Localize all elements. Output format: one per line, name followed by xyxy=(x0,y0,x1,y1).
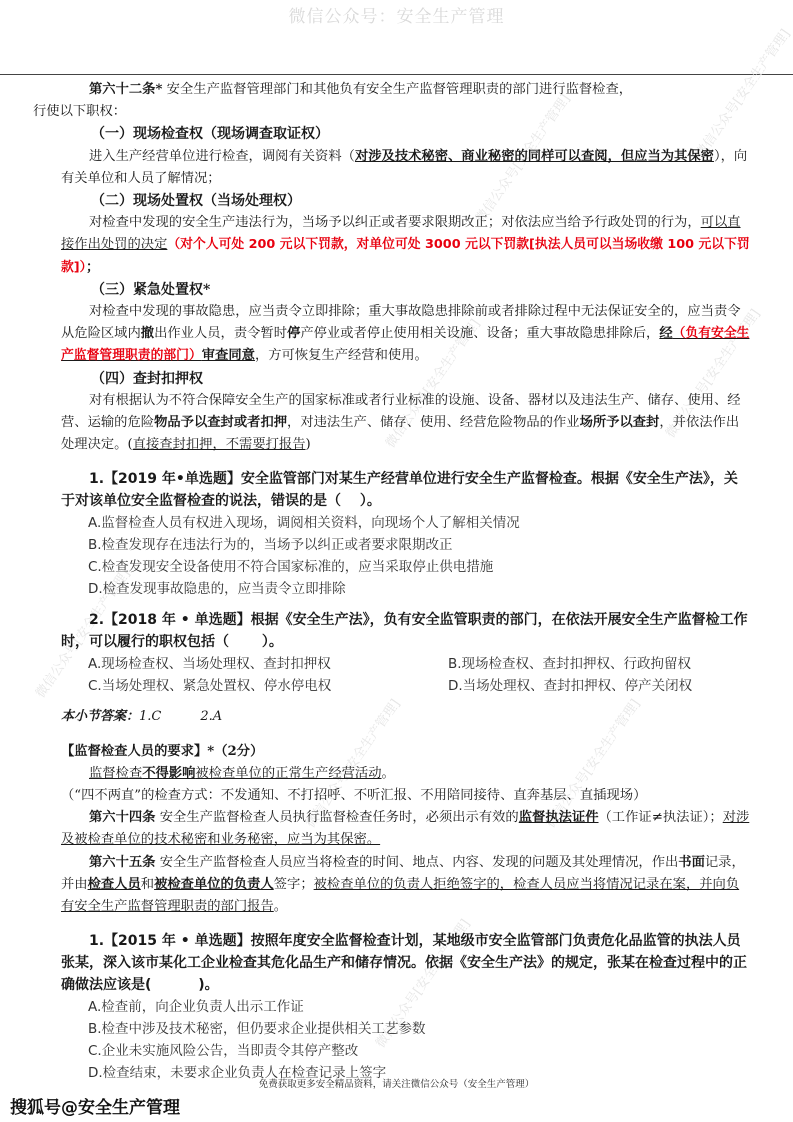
question-2018-options-row-1: A.现场检查权、当场处理权、查封扣押权 B.现场检查权、查封扣押权、行政拘留权 xyxy=(61,653,751,675)
power-3-text: 对检查中发现的事故隐患，应当责令立即排除；重大事故隐患排除前或者排除过程中无法保… xyxy=(61,301,751,368)
question-2015-option-c: C.企业未实施风险公告，当即责令其停产整改 xyxy=(61,1040,751,1062)
requirements-heading: 【监督检查人员的要求】*（2分） xyxy=(61,741,751,763)
question-2018-stem: 2.【2018 年 • 单选题】根据《安全生产法》，负有安全监管职责的部门，在依… xyxy=(61,609,751,653)
power-1-heading: （一）现场检查权（现场调查取证权） xyxy=(61,123,751,145)
question-2018-option-d: D.当场处理权、查封扣押权、停产关闭权 xyxy=(448,675,692,697)
article-65: 第六十五条 安全生产监督检查人员应当将检查的时间、地点、内容、发现的问题及其处理… xyxy=(61,852,751,919)
article-64: 第六十四条 安全生产监督检查人员执行监督检查任务时，必须出示有效的监督执法证件（… xyxy=(61,807,751,851)
article-62-intro: 第六十二条* 安全生产监督管理部门和其他负有安全生产监督管理职责的部门进行监督检… xyxy=(61,79,751,123)
header-rule xyxy=(0,74,793,75)
power-3-heading: （三）紧急处置权* xyxy=(61,279,751,301)
question-2019-option-b: B.检查发现存在违法行为的，当场予以纠正或者要求限期改正 xyxy=(61,534,751,556)
question-2018-option-a: A.现场检查权、当场处理权、查封扣押权 xyxy=(88,653,448,675)
document-body: 第六十二条* 安全生产监督管理部门和其他负有安全生产监督管理职责的部门进行监督检… xyxy=(61,79,751,1084)
header-watermark: 微信公众号：安全生产管理 xyxy=(0,2,793,27)
power-4-heading: （四）查封扣押权 xyxy=(61,368,751,390)
question-2019-option-c: C.检查发现安全设备使用不符合国家标准的，应当采取停止供电措施 xyxy=(61,556,751,578)
footer-note: 免费获取更多安全精品资料，请关注微信公众号（安全生产管理） xyxy=(0,1076,793,1090)
question-2015-option-a: A.检查前，向企业负责人出示工作证 xyxy=(61,996,751,1018)
article-64-title: 第六十四条 xyxy=(89,810,155,825)
question-2019-option-d: D.检查发现事故隐患的，应当责令立即排除 xyxy=(61,578,751,600)
four-no-two-direct: （“四不两直”的检查方式：不发通知、不打招呼、不听汇报、不用陪同接待、直奔基层、… xyxy=(61,785,751,807)
power-2-heading: （二）现场处置权（当场处理权） xyxy=(61,190,751,212)
requirements-line-1: 监督检查不得影响被检查单位的正常生产经营活动。 xyxy=(61,763,751,785)
source-watermark: 搜狐号@安全生产管理 xyxy=(10,1093,180,1118)
article-62-title: 第六十二条* xyxy=(89,82,162,97)
article-65-title: 第六十五条 xyxy=(89,855,155,870)
power-2-text: 对检查中发现的安全生产违法行为，当场予以纠正或者要求限期改正；对依法应当给予行政… xyxy=(61,212,751,279)
power-1-text: 进入生产经营单位进行检查，调阅有关资料（对涉及技术秘密、商业秘密的同样可以查阅，… xyxy=(61,146,751,190)
question-2018-options-row-2: C.当场处理权、紧急处置权、停水停电权 D.当场处理权、查封扣押权、停产关闭权 xyxy=(61,675,751,697)
power-4-text: 对有根据认为不符合保障安全生产的国家标准或者行业标准的设施、设备、器材以及违法生… xyxy=(61,390,751,457)
question-2018-option-c: C.当场处理权、紧急处置权、停水停电权 xyxy=(88,675,448,697)
question-2018-option-b: B.现场检查权、查封扣押权、行政拘留权 xyxy=(448,653,691,675)
question-2019-stem: 1.【2019 年•单选题】安全监管部门对某生产经营单位进行安全生产监督检查。根… xyxy=(61,468,751,512)
question-2015-option-b: B.检查中涉及技术秘密，但仍要求企业提供相关工艺参数 xyxy=(61,1018,751,1040)
question-2019-option-a: A.监督检查人员有权进入现场，调阅相关资料，向现场个人了解相关情况 xyxy=(61,512,751,534)
section-answers: 本小节答案：1.C 2.A xyxy=(61,706,751,728)
question-2015-stem: 1.【2015 年 • 单选题】按照年度安全监督检查计划，某地级市安全监管部门负… xyxy=(61,930,751,996)
